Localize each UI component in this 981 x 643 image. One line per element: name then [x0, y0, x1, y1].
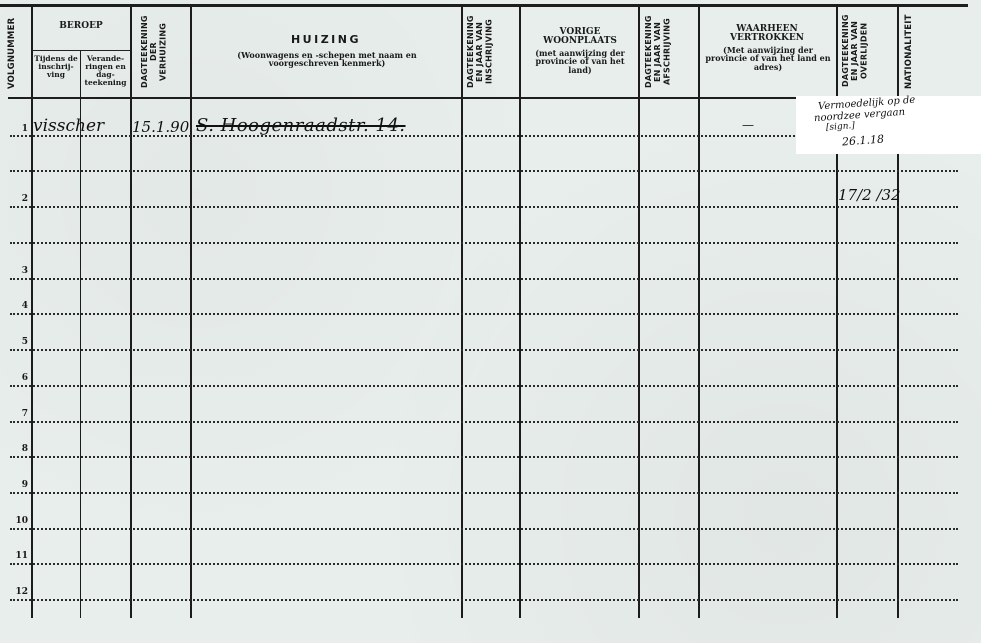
row-number: 10 — [8, 516, 28, 526]
header-beroep: BEROEP — [32, 22, 130, 31]
header-waarheen-sub: (Met aanwijzing der provincie of van het… — [702, 46, 834, 71]
row-line — [10, 206, 958, 208]
header-beroep-veranderingen: Verande-ringen en dag-teekening — [81, 55, 130, 87]
header-inschrijving: DAGTEEKENING EN JAAR VAN INSCHRIJVING — [466, 10, 514, 94]
header-nationaliteit: NATIONALITEIT — [905, 12, 927, 92]
row-number: 4 — [8, 301, 28, 311]
header-beroep-tijdens: Tijdens de inschrij-ving — [33, 55, 79, 79]
row-line — [10, 599, 958, 601]
header-overlijden: DAGTEEKENING EN JAAR VAN OVERLIJDEN — [841, 8, 891, 94]
registration-card: VOLGNUMMER BEROEP Tijdens de inschrij-vi… — [0, 0, 981, 643]
header-waarheen: WAARHEEN VERTROKKEN — [715, 25, 819, 44]
header-vorige-sub: (met aanwijzing der provincie of van het… — [528, 49, 632, 74]
row-line — [10, 278, 958, 280]
row1-waarheen-dash: — — [742, 118, 754, 132]
row-line — [10, 349, 958, 351]
row1-huizing-handwriting: S. Hoogenraadstr. 14. — [196, 115, 406, 136]
row-number: 12 — [8, 587, 28, 597]
header-volgnummer: VOLGNUMMER — [8, 14, 28, 92]
row-number: 6 — [8, 373, 28, 383]
header-verhuizing: DAGTEEKENING DER VERHUIZING — [140, 10, 182, 94]
row-number: 2 — [8, 194, 28, 204]
row-number: 11 — [8, 551, 28, 561]
row-number: 9 — [8, 480, 28, 490]
row-number: 5 — [8, 337, 28, 347]
column-divider — [461, 6, 463, 618]
column-divider — [698, 6, 700, 618]
row2-overlijden-handwriting: 17/2 /32 — [838, 186, 901, 204]
row-line — [10, 242, 958, 244]
header-afschrijving: DAGTEEKENING EN JAAR VAN AFSCHRIJVING — [644, 10, 692, 94]
row-line — [10, 170, 958, 172]
column-divider — [190, 6, 192, 618]
row-line — [10, 421, 958, 423]
note-line-3: [sign.] — [826, 121, 856, 134]
row-number: 3 — [8, 266, 28, 276]
column-divider — [519, 6, 521, 618]
header-huizing-sub: (Woonwagens en -schepen met naam en voor… — [222, 51, 432, 68]
row1-beroep-handwriting: visscher — [33, 116, 104, 136]
row-line — [10, 313, 958, 315]
beroep-subrule — [32, 50, 130, 51]
row-line — [10, 492, 958, 494]
row-line — [10, 456, 958, 458]
note-line-4: 26.1.18 — [842, 134, 885, 148]
column-divider — [130, 6, 132, 618]
row-line — [10, 528, 958, 530]
column-divider — [638, 6, 640, 618]
row1-verhuizing-handwriting: 15.1.90 — [132, 118, 189, 136]
row-number: 1 — [8, 124, 28, 134]
column-divider — [31, 6, 33, 618]
header-vorige-woonplaats: VORIGE WOONPLAATS — [540, 28, 620, 47]
top-rule — [0, 4, 968, 7]
row-number: 7 — [8, 409, 28, 419]
row-number: 8 — [8, 444, 28, 454]
row-line — [10, 385, 958, 387]
header-huizing: HUIZING — [192, 34, 460, 46]
row-line — [10, 563, 958, 565]
